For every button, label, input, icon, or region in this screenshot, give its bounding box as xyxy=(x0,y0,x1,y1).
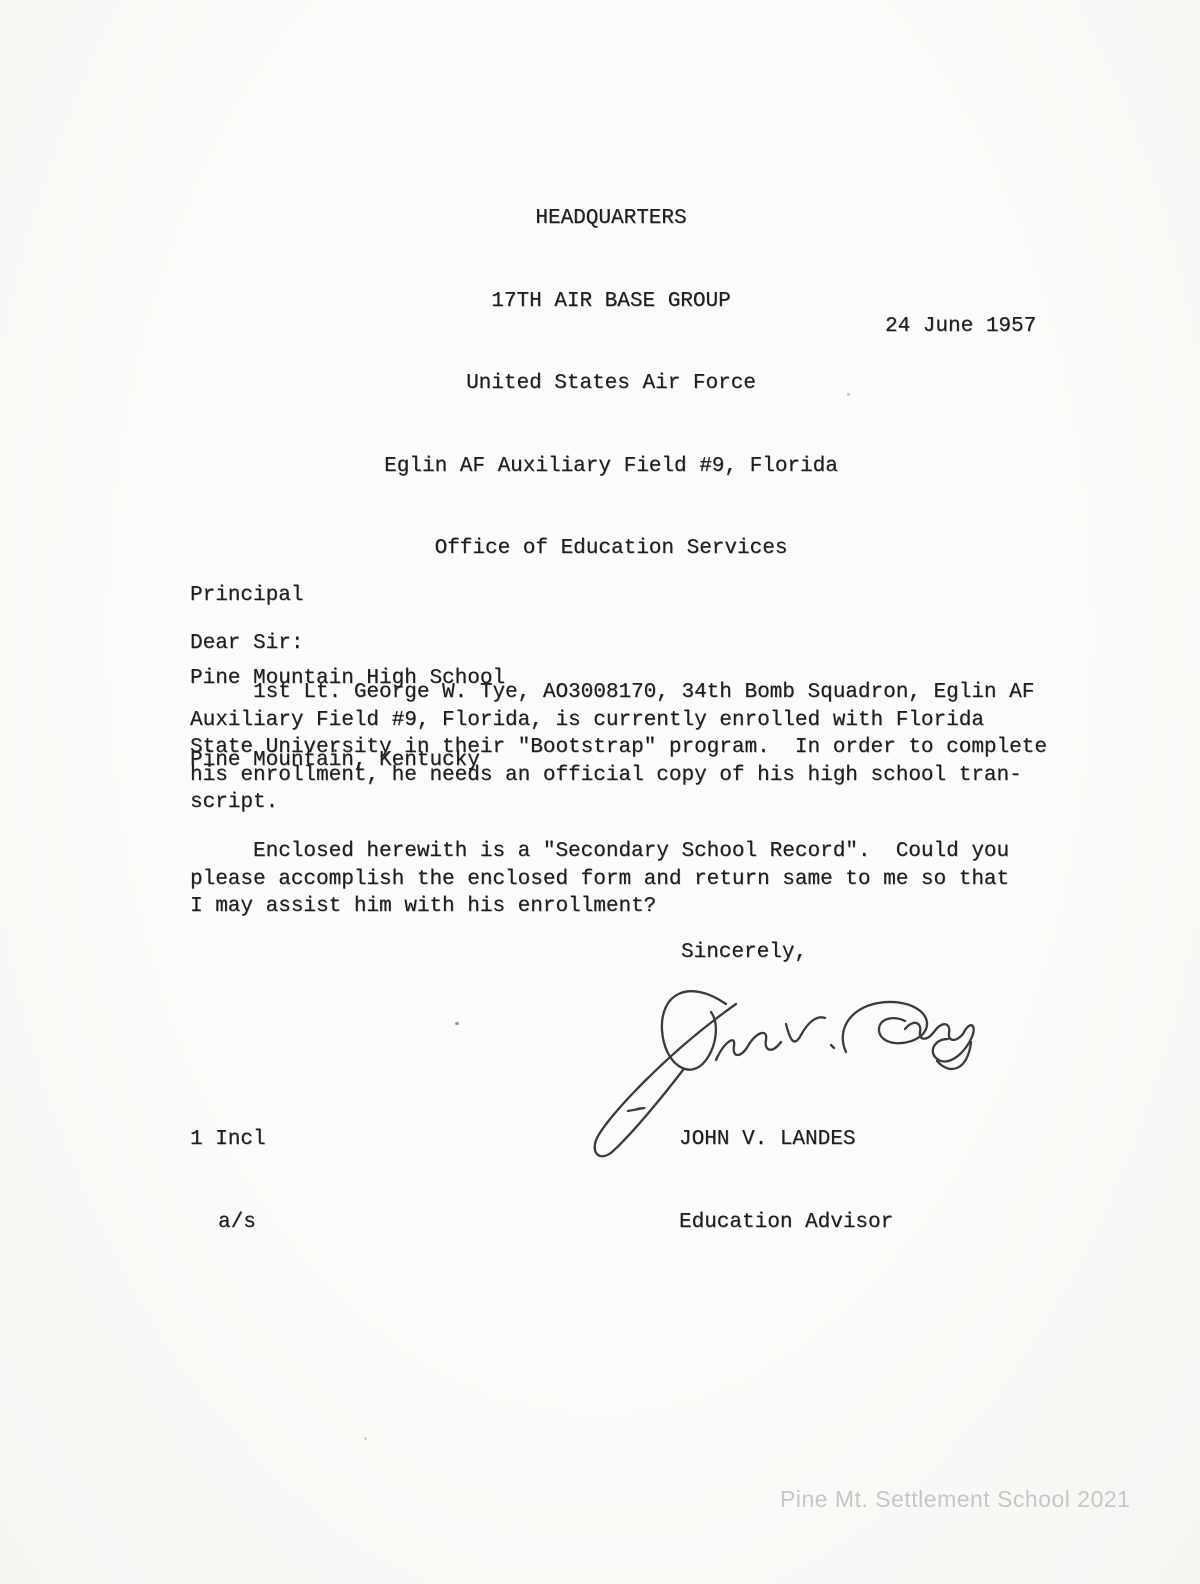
valediction: Sincerely, xyxy=(681,939,807,967)
scan-speck xyxy=(364,1437,367,1440)
enclosure-count: 1 Incl xyxy=(190,1126,266,1154)
letter-page: HEADQUARTERS 17TH AIR BASE GROUP United … xyxy=(0,0,1200,1584)
recipient-line: Principal xyxy=(190,582,505,610)
salutation: Dear Sir: xyxy=(190,630,303,658)
letterhead-line: Eglin AF Auxiliary Field #9, Florida xyxy=(11,453,1200,481)
scan-speck xyxy=(455,1022,459,1025)
enclosure-as: a/s xyxy=(190,1209,266,1237)
date-line: 24 June 1957 xyxy=(885,313,1036,341)
body-paragraph-2: Enclosed herewith is a "Secondary School… xyxy=(190,838,1095,921)
enclosure-notation: 1 Incl a/s xyxy=(190,1071,266,1291)
letterhead-line: 17TH AIR BASE GROUP xyxy=(11,288,1200,316)
scan-speck xyxy=(637,1107,646,1109)
watermark: Pine Mt. Settlement School 2021 xyxy=(780,1486,1130,1513)
signer-block: JOHN V. LANDES Education Advisor xyxy=(679,1071,893,1291)
body-paragraph-1: 1st Lt. George W. Tye, AO3008170, 34th B… xyxy=(190,679,1095,817)
signer-title: Education Advisor xyxy=(679,1209,893,1237)
scan-speck xyxy=(847,393,850,396)
letterhead-line: HEADQUARTERS xyxy=(11,205,1200,233)
signer-name: JOHN V. LANDES xyxy=(679,1126,893,1154)
letterhead-line: United States Air Force xyxy=(11,370,1200,398)
